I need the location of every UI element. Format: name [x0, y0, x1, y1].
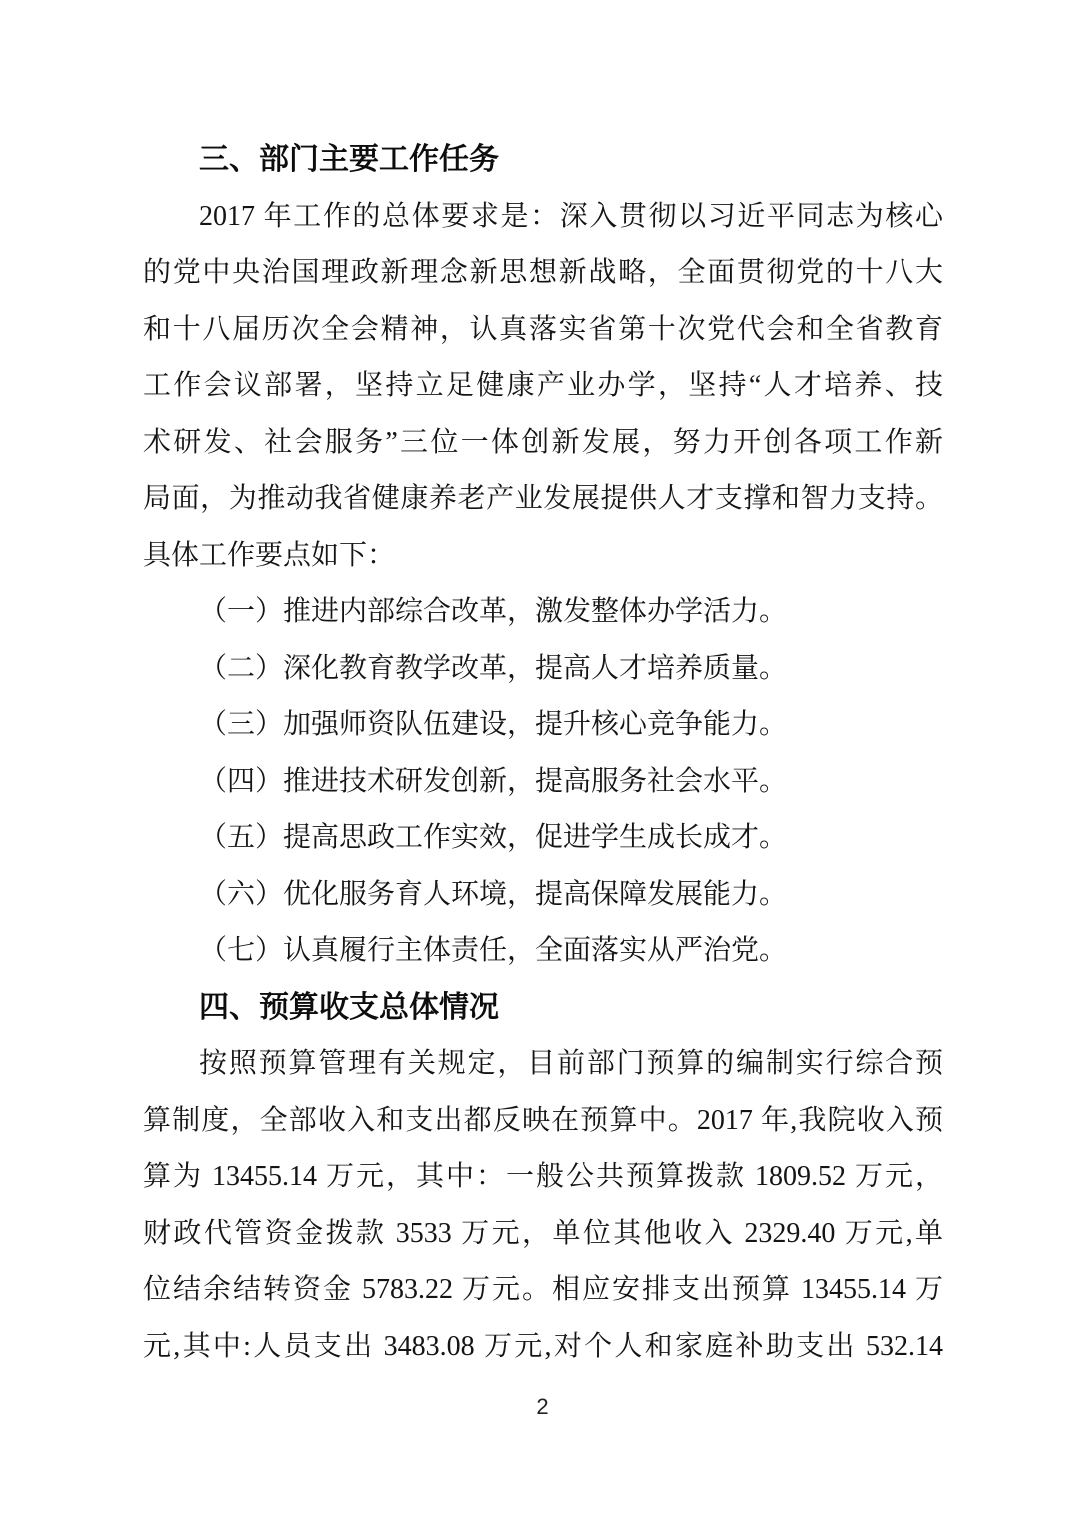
- work-task-item-5: （五）提高思政工作实效，促进学生成长成才。: [143, 810, 943, 867]
- section-heading-4: 四、预算收支总体情况: [143, 980, 943, 1037]
- paragraph-line: 元,其中:人员支出 3483.08 万元,对个人和家庭补助支出 532.14: [143, 1319, 943, 1376]
- paragraph-line: 和十八届历次全会精神，认真落实省第十次党代会和全省教育: [143, 302, 943, 359]
- paragraph-line: 的党中央治国理政新理念新思想新战略，全面贯彻党的十八大: [143, 245, 943, 302]
- paragraph-line: 具体工作要点如下：: [143, 528, 943, 585]
- work-task-item-1: （一）推进内部综合改革，激发整体办学活力。: [143, 584, 943, 641]
- paragraph-line: 算制度，全部收入和支出都反映在预算中。2017 年,我院收入预: [143, 1093, 943, 1150]
- paragraph-line: 财政代管资金拨款 3533 万元，单位其他收入 2329.40 万元,单: [143, 1206, 943, 1263]
- paragraph-line: 算为 13455.14 万元，其中：一般公共预算拨款 1809.52 万元，: [143, 1149, 943, 1206]
- paragraph-line: 2017 年工作的总体要求是：深入贯彻以习近平同志为核心: [143, 189, 943, 246]
- work-task-item-2: （二）深化教育教学改革，提高人才培养质量。: [143, 641, 943, 698]
- paragraph-line: 局面，为推动我省健康养老产业发展提供人才支撑和智力支持。: [143, 471, 943, 528]
- work-task-item-3: （三）加强师资队伍建设，提升核心竞争能力。: [143, 697, 943, 754]
- work-task-item-4: （四）推进技术研发创新，提高服务社会水平。: [143, 754, 943, 811]
- work-task-item-7: （七）认真履行主体责任，全面落实从严治党。: [143, 923, 943, 980]
- paragraph-line: 位结余结转资金 5783.22 万元。相应安排支出预算 13455.14 万: [143, 1262, 943, 1319]
- page-number: 2: [0, 1392, 1085, 1422]
- document-content: 三、部门主要工作任务 2017 年工作的总体要求是：深入贯彻以习近平同志为核心 …: [143, 132, 943, 1375]
- work-task-item-6: （六）优化服务育人环境，提高保障发展能力。: [143, 867, 943, 924]
- document-page: 三、部门主要工作任务 2017 年工作的总体要求是：深入贯彻以习近平同志为核心 …: [0, 0, 1085, 1536]
- paragraph-line: 按照预算管理有关规定，目前部门预算的编制实行综合预: [143, 1036, 943, 1093]
- paragraph-line: 工作会议部署，坚持立足健康产业办学，坚持“人才培养、技: [143, 358, 943, 415]
- section-heading-3: 三、部门主要工作任务: [143, 132, 943, 189]
- paragraph-line: 术研发、社会服务”三位一体创新发展，努力开创各项工作新: [143, 415, 943, 472]
